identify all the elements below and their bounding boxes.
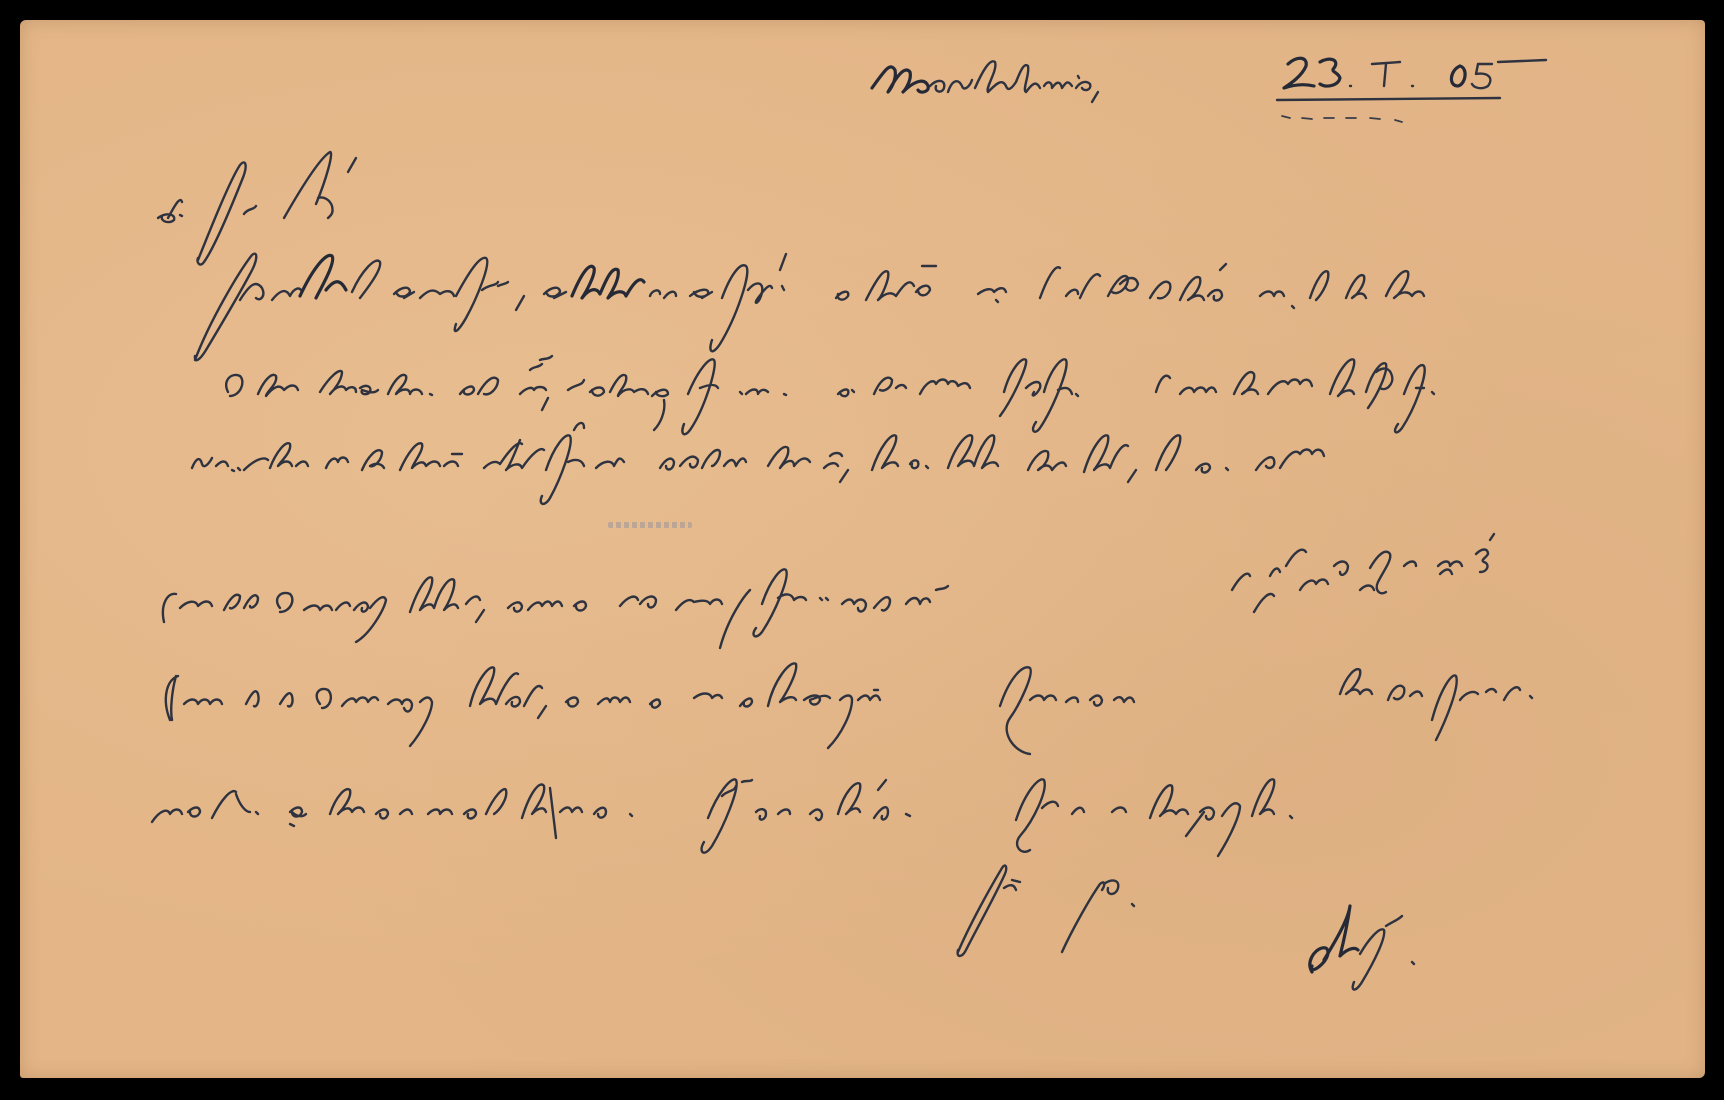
body-line-3: [shorthand line 3] [190,450,197,451]
body-line-2: [shorthand line 2] [220,370,227,371]
body-line-1: [shorthand line 1] [200,270,207,271]
closing: [shorthand closing]! [1010,870,1018,871]
salutation: L. h. R.! [160,170,163,171]
body-line-4: [shorthand line 4] [160,570,167,571]
date: 23. I. 05 [1275,60,1278,61]
signature: [shorthand signature]. [1310,940,1319,941]
place-name: Mondsheim [870,70,875,71]
body-line-5: [shorthand line 5] [150,680,157,681]
body-line-7: [shorthand line 7] [175,810,182,811]
faint-printed-mark [608,522,692,528]
postcard [20,20,1705,1078]
